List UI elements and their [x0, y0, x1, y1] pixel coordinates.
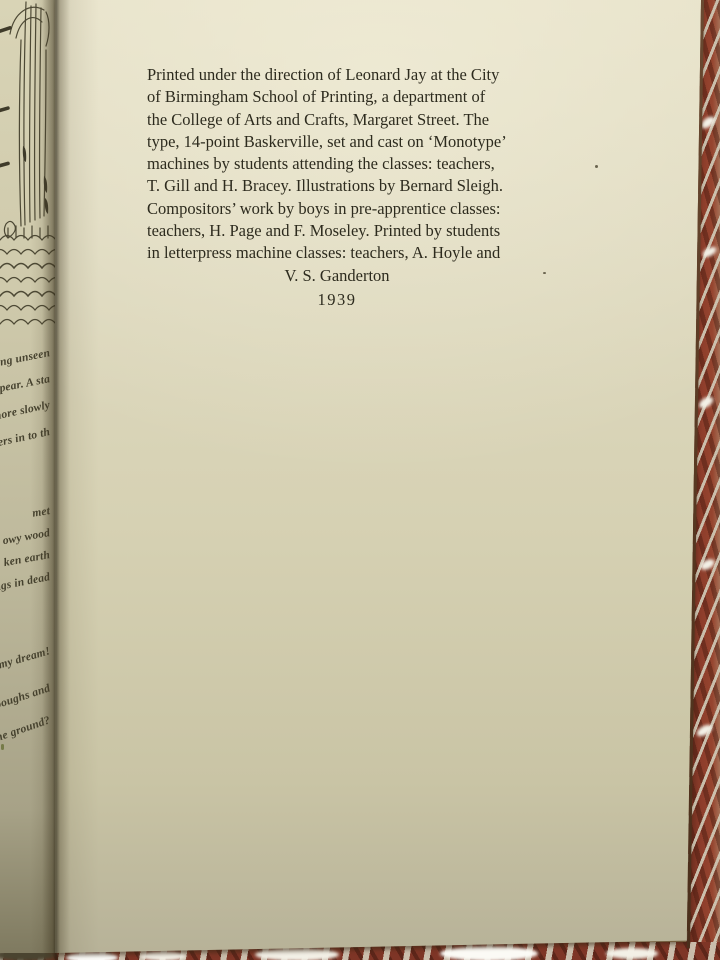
verso-text-fragment: tarts, and peers in to th [0, 426, 51, 479]
colophon-line: type, 14-point Baskerville, set and cast… [147, 131, 527, 153]
verso-text-fragment: ken earth [0, 549, 51, 596]
cover-pattern-highlight [140, 951, 186, 960]
colophon-line: Compositors’ work by boys in pre-apprent… [147, 198, 527, 220]
verso-page-sliver: nd, voices sing unseen rds and disappear… [0, 0, 55, 953]
open-book-photo: nd, voices sing unseen rds and disappear… [0, 0, 720, 960]
verso-text-fragment: owy wood [0, 527, 51, 574]
verso-text-fragment: ow DALUA more slowly [0, 399, 51, 452]
colophon-page: Printed under the direction of Leonard J… [55, 0, 701, 953]
colophon-line: teachers, H. Page and F. Moseley. Printe… [147, 220, 527, 242]
cover-pattern-highlight [440, 946, 538, 960]
pen-ink-illustration-icon [0, 0, 55, 340]
colophon-text-block: Printed under the direction of Leonard J… [147, 64, 527, 311]
verso-text-fragment: the ground? [0, 714, 52, 790]
verso-text-fragment: it hangs in dead [0, 571, 51, 621]
colophon-line: the College of Arts and Crafts, Margaret… [147, 109, 527, 131]
cover-pattern-highlight [66, 952, 118, 960]
verso-text-fragment: nd, voices sing unseen [0, 347, 51, 397]
verso-text-fragment: rds and disappear. A sta [0, 373, 51, 423]
colophon-line: T. Gill and H. Bracey. Illustrations by … [147, 175, 527, 197]
paper-speck [1, 744, 4, 750]
colophon-year: 1939 [147, 289, 527, 311]
cover-pattern-highlight [606, 948, 658, 959]
colophon-line: of Birmingham School of Printing, a depa… [147, 86, 527, 108]
paper-speck [543, 272, 546, 274]
verso-text-fragment: me my dream! [0, 645, 52, 712]
colophon-line: Printed under the direction of Leonard J… [147, 64, 527, 86]
cover-pattern-highlight [255, 948, 339, 960]
colophon-line: machines by students attending the class… [147, 153, 527, 175]
colophon-credit: V. S. Ganderton [147, 265, 527, 287]
verso-text-fragment: met [0, 505, 51, 548]
verso-text-fragment: ches the high boughs and [0, 682, 52, 755]
colophon-line: in letterpress machine classes: teachers… [147, 242, 527, 264]
paper-speck [595, 165, 598, 168]
